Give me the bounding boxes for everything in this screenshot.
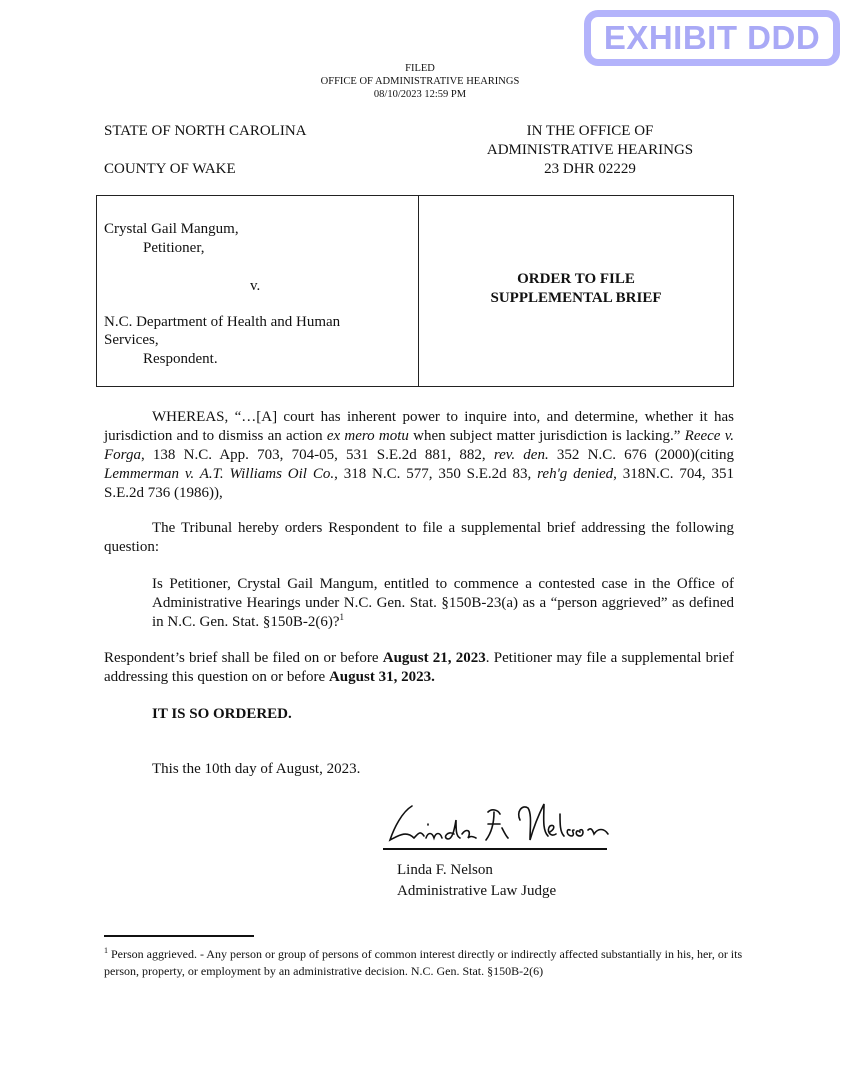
petitioner-deadline: August 31, 2023.	[329, 669, 435, 685]
deadline-text: Respondent’s brief shall be filed on or …	[104, 650, 383, 666]
footnote: 1 Person aggrieved. - Any person or grou…	[104, 946, 744, 980]
judge-signature	[384, 798, 614, 848]
whereas-paragraph: WHEREAS, “…[A] court has inherent power …	[104, 408, 734, 503]
date-line: This the 10th day of August, 2023.	[152, 761, 360, 778]
court-office: IN THE OFFICE OF ADMINISTRATIVE HEARINGS…	[440, 122, 740, 179]
caption-divider	[418, 195, 419, 387]
footnote-number: 1	[104, 946, 108, 955]
filing-stamp: FILED OFFICE OF ADMINISTRATIVE HEARINGS …	[250, 62, 590, 101]
question-text: Is Petitioner, Crystal Gail Mangum, enti…	[152, 576, 734, 630]
case-citation-lemmerman: Lemmerman v. A.T. Williams Oil Co.	[104, 466, 334, 482]
state-name: STATE OF NORTH CAROLINA	[104, 122, 307, 141]
filing-stamp-filed: FILED	[250, 62, 590, 75]
court-office-line2: ADMINISTRATIVE HEARINGS	[440, 141, 740, 160]
exhibit-label: EXHIBIT DDD	[604, 19, 820, 57]
whereas-latin-term: ex mero motu	[327, 428, 409, 444]
question-paragraph: Is Petitioner, Crystal Gail Mangum, enti…	[152, 575, 734, 632]
respondent-role: Respondent.	[143, 350, 218, 369]
respondent-name-line2: Services,	[104, 331, 159, 350]
whereas-text: 352 N.C. 676 (2000)(citing	[549, 447, 734, 463]
order-paragraph: The Tribunal hereby orders Respondent to…	[104, 519, 734, 557]
deadline-paragraph: Respondent’s brief shall be filed on or …	[104, 649, 734, 687]
court-office-line1: IN THE OFFICE OF	[440, 122, 740, 141]
signature-line	[383, 848, 607, 850]
citation-rehg-denied: reh'g denied	[537, 466, 613, 482]
judge-block: Linda F. Nelson Administrative Law Judge	[397, 860, 556, 902]
county-name: COUNTY OF WAKE	[104, 160, 236, 179]
judge-name: Linda F. Nelson	[397, 860, 556, 881]
signature-scribble-icon	[384, 798, 614, 848]
order-title-line2: SUPPLEMENTAL BRIEF	[420, 289, 732, 308]
footnote-text: Person aggrieved. - Any person or group …	[104, 947, 742, 978]
so-ordered: IT IS SO ORDERED.	[152, 706, 292, 723]
order-title: ORDER TO FILE SUPPLEMENTAL BRIEF	[420, 270, 732, 308]
versus: v.	[250, 277, 260, 296]
filing-stamp-office: OFFICE OF ADMINISTRATIVE HEARINGS	[250, 75, 590, 88]
filing-stamp-datetime: 08/10/2023 12:59 PM	[250, 88, 590, 101]
whereas-text: , 318 N.C. 577, 350 S.E.2d 83,	[334, 466, 537, 482]
order-title-line1: ORDER TO FILE	[420, 270, 732, 289]
whereas-text: when subject matter jurisdiction is lack…	[409, 428, 685, 444]
respondent-deadline: August 21, 2023	[383, 650, 486, 666]
judge-title: Administrative Law Judge	[397, 881, 556, 902]
petitioner-name: Crystal Gail Mangum,	[104, 220, 239, 239]
exhibit-stamp: EXHIBIT DDD	[584, 10, 840, 66]
whereas-text: , 138 N.C. App. 703, 704-05, 531 S.E.2d …	[141, 447, 494, 463]
case-number: 23 DHR 02229	[440, 160, 740, 179]
footnote-reference[interactable]: 1	[339, 612, 344, 622]
footnote-separator	[104, 935, 254, 937]
respondent-name-line1: N.C. Department of Health and Human	[104, 313, 340, 332]
citation-rev-den: rev. den.	[494, 447, 549, 463]
petitioner-role: Petitioner,	[143, 239, 204, 258]
